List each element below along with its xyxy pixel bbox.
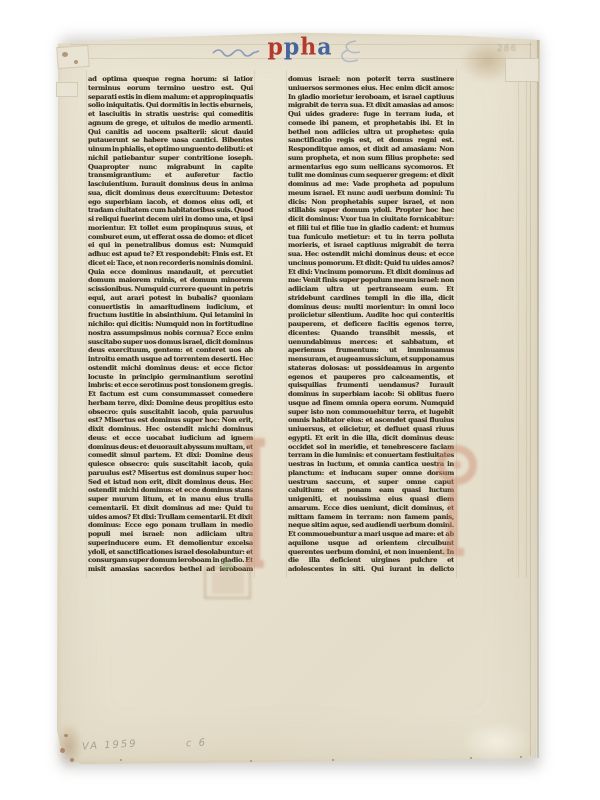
- ruling-line: [286, 70, 287, 578]
- ruling-line: [526, 70, 527, 578]
- running-title-letter: a: [317, 33, 332, 60]
- showthrough-initial-i: [241, 436, 269, 572]
- stain: [64, 734, 68, 737]
- page-edge-crease: [530, 42, 531, 756]
- edge-speck: [120, 759, 122, 761]
- running-title-letter: p: [284, 33, 300, 60]
- stain: [74, 60, 78, 64]
- ruling-line: [518, 70, 519, 578]
- stain: [60, 748, 65, 753]
- pencil-shelfmark: c 6: [186, 738, 207, 750]
- edge-speck: [250, 760, 252, 762]
- edge-speck: [470, 757, 472, 759]
- stain: [62, 52, 68, 57]
- showthrough-ornament: [202, 560, 254, 602]
- leaf-right-edge: [537, 40, 539, 758]
- edge-speck: [520, 756, 522, 758]
- showthrough-initial-p: [424, 440, 482, 562]
- ruling-line: [86, 70, 87, 578]
- edge-speck: [332, 759, 334, 761]
- running-title-letter: h: [300, 33, 317, 60]
- running-title-letter: p: [267, 33, 283, 60]
- tape-repair: [56, 82, 78, 97]
- corner-damage: [56, 724, 82, 768]
- tape-repair: [56, 45, 89, 69]
- photo-background: ppha 286 ad optima queque regna horum: s…: [0, 0, 600, 800]
- pen-flourish-right-icon: [336, 38, 366, 64]
- text-column-1: ad optima queque regna horum: si latior …: [88, 75, 253, 575]
- stain: [70, 758, 74, 762]
- tape-repair: [505, 58, 539, 82]
